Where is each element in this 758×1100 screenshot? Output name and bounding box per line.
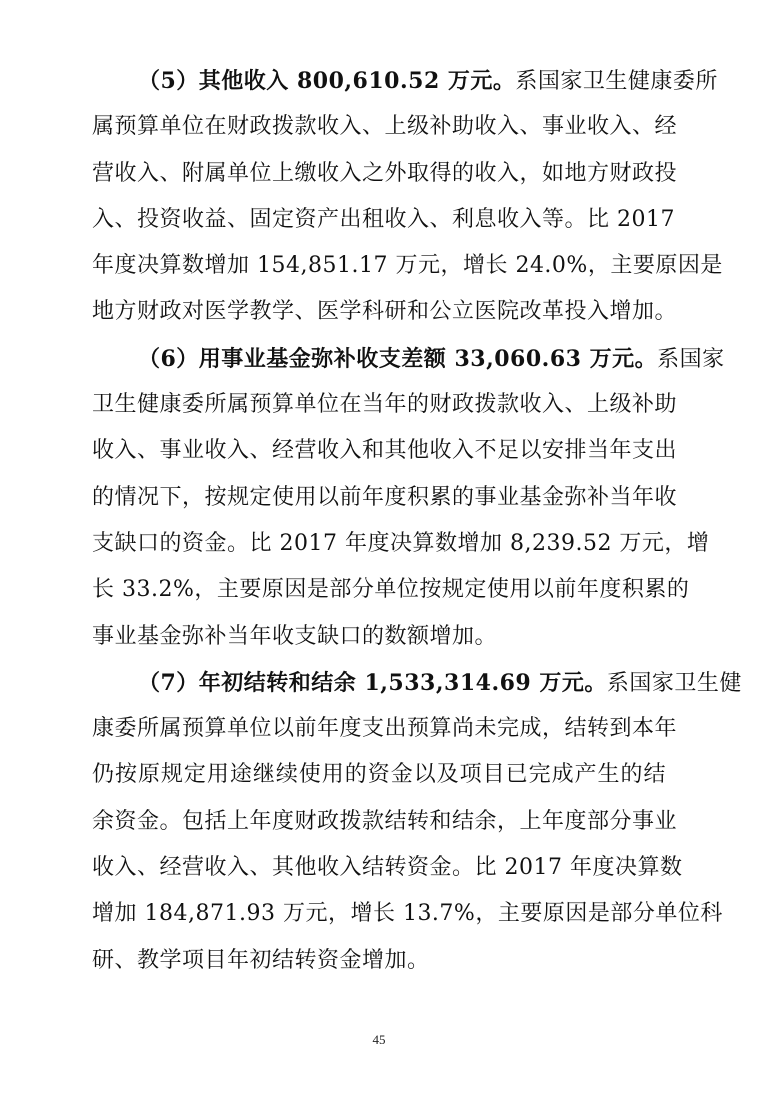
paragraph-heading: （7）年初结转和结余 1,533,314.69 万元。 bbox=[138, 670, 607, 696]
paragraph-heading-line: （7）年初结转和结余 1,533,314.69 万元。系国家卫生健 bbox=[92, 660, 666, 706]
text-line: 研、教学项目年初结转资金增加。 bbox=[92, 938, 666, 984]
text-line: 收入、事业收入、经营收入和其他收入不足以安排当年支出 bbox=[92, 428, 666, 474]
text-line: 康委所属预算单位以前年度支出预算尚未完成，结转到本年 bbox=[92, 706, 666, 752]
paragraph-heading-line: （6）用事业基金弥补收支差额 33,060.63 万元。系国家 bbox=[92, 336, 666, 382]
text-line: 卫生健康委所属预算单位在当年的财政拨款收入、上级补助 bbox=[92, 382, 666, 428]
text-line: 属预算单位在财政拨款收入、上级补助收入、事业收入、经 bbox=[92, 104, 666, 150]
text-line: 的情况下，按规定使用以前年度积累的事业基金弥补当年收 bbox=[92, 475, 666, 521]
text-line: 地方财政对医学教学、医学科研和公立医院改革投入增加。 bbox=[92, 289, 666, 335]
document-page: （5）其他收入 800,610.52 万元。系国家卫生健康委所 属预算单位在财政… bbox=[92, 58, 666, 984]
text-line: 收入、经营收入、其他收入结转资金。比 2017 年度决算数 bbox=[92, 845, 666, 891]
paragraph-heading: （6）用事业基金弥补收支差额 33,060.63 万元。 bbox=[138, 346, 657, 372]
text-line: 余资金。包括上年度财政拨款结转和结余，上年度部分事业 bbox=[92, 799, 666, 845]
text-line: 入、投资收益、固定资产出租收入、利息收入等。比 2017 bbox=[92, 197, 666, 243]
text-line: 系国家卫生健 bbox=[607, 671, 742, 696]
paragraph-carryover: （7）年初结转和结余 1,533,314.69 万元。系国家卫生健 康委所属预算… bbox=[92, 660, 666, 984]
text-line: 系国家 bbox=[657, 347, 725, 372]
paragraph-other-income: （5）其他收入 800,610.52 万元。系国家卫生健康委所 属预算单位在财政… bbox=[92, 58, 666, 336]
text-line: 系国家卫生健康委所 bbox=[515, 69, 718, 94]
text-line: 长 33.2%，主要原因是部分单位按规定使用以前年度积累的 bbox=[92, 567, 666, 613]
paragraph-business-fund: （6）用事业基金弥补收支差额 33,060.63 万元。系国家 卫生健康委所属预… bbox=[92, 336, 666, 660]
text-line: 仍按原规定用途继续使用的资金以及项目已完成产生的结 bbox=[92, 752, 666, 798]
text-line: 年度决算数增加 154,851.17 万元，增长 24.0%，主要原因是 bbox=[92, 243, 666, 289]
paragraph-heading: （5）其他收入 800,610.52 万元。 bbox=[138, 68, 515, 94]
text-line: 增加 184,871.93 万元，增长 13.7%，主要原因是部分单位科 bbox=[92, 891, 666, 937]
text-line: 营收入、附属单位上缴收入之外取得的收入，如地方财政投 bbox=[92, 151, 666, 197]
text-line: 事业基金弥补当年收支缺口的数额增加。 bbox=[92, 614, 666, 660]
text-line: 支缺口的资金。比 2017 年度决算数增加 8,239.52 万元，增 bbox=[92, 521, 666, 567]
paragraph-heading-line: （5）其他收入 800,610.52 万元。系国家卫生健康委所 bbox=[92, 58, 666, 104]
page-number: 45 bbox=[0, 1032, 758, 1048]
